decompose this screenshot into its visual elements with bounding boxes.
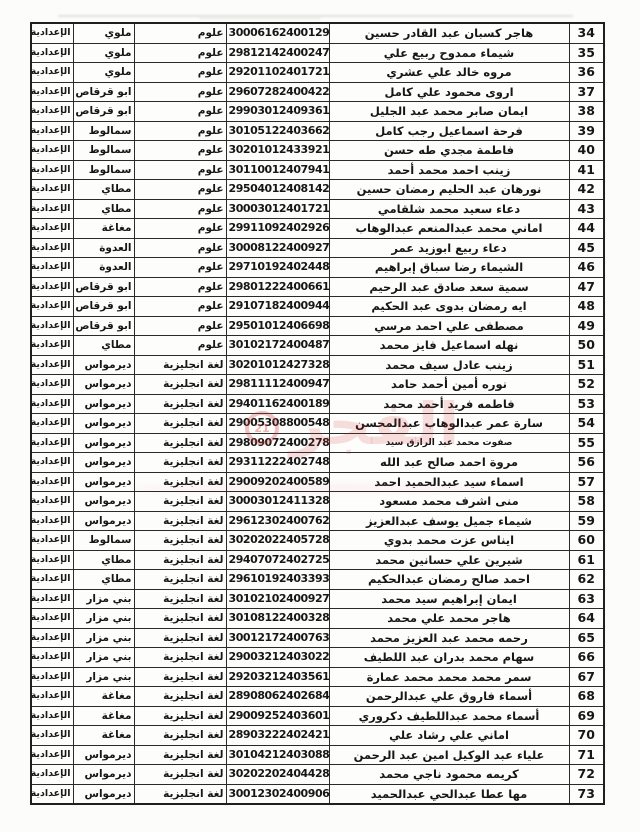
cell-student-name: مها عطا عبدالحي عبدالحميد <box>329 784 569 804</box>
cell-subject: علوم <box>134 63 226 83</box>
table-row: 41 زينب احمد محمد أحمد 30110012407941 عل… <box>31 160 604 180</box>
cell-student-name: زينب عادل سيف محمد <box>329 355 569 375</box>
cell-national-id: 29501012406698 <box>226 316 329 336</box>
cell-national-id: 29612302400762 <box>226 511 329 531</box>
cell-stage: الإعدادية <box>31 160 73 180</box>
cell-student-name: ايناس عزت محمد بدوي <box>329 531 569 551</box>
cell-row-number: 58 <box>569 492 604 512</box>
cell-student-name: ايمان إبراهيم سيد محمد <box>329 589 569 609</box>
cell-national-id: 30201012427328 <box>226 355 329 375</box>
cell-national-id: 30105122403662 <box>226 121 329 141</box>
cell-national-id: 29610192403393 <box>226 570 329 590</box>
cell-district: مطاي <box>73 570 134 590</box>
table-row: 51 زينب عادل سيف محمد 30201012427328 لغة… <box>31 355 604 375</box>
cell-national-id: 30008122400927 <box>226 238 329 258</box>
cell-student-name: مروة احمد صالح عبد الله <box>329 453 569 473</box>
cell-subject: لغة انجليزية <box>134 745 226 765</box>
scan-artifact-smudge <box>200 17 320 19</box>
cell-national-id: 29710192402448 <box>226 258 329 278</box>
cell-district: ديرمواس <box>73 765 134 785</box>
table-row: 40 فاطمة مجدي طه حسن 30201012433921 علوم… <box>31 141 604 161</box>
cell-student-name: علياء عبد الوكيل امين عبد الرحمن <box>329 745 569 765</box>
cell-district: بني مزار <box>73 609 134 629</box>
cell-row-number: 51 <box>569 355 604 375</box>
cell-stage: الإعدادية <box>31 121 73 141</box>
cell-row-number: 62 <box>569 570 604 590</box>
cell-national-id: 29003212403022 <box>226 648 329 668</box>
cell-stage: الإعدادية <box>31 355 73 375</box>
cell-subject: لغة انجليزية <box>134 453 226 473</box>
cell-stage: الإعدادية <box>31 414 73 434</box>
cell-district: ديرمواس <box>73 492 134 512</box>
cell-row-number: 36 <box>569 63 604 83</box>
cell-district: بني مزار <box>73 589 134 609</box>
cell-national-id: 29107182400944 <box>226 297 329 317</box>
cell-student-name: نوره أمين أحمد حامد <box>329 375 569 395</box>
cell-national-id: 29311222402748 <box>226 453 329 473</box>
cell-student-name: كريمه محمود ناجي محمد <box>329 765 569 785</box>
cell-row-number: 44 <box>569 219 604 239</box>
cell-national-id: 30102172400487 <box>226 336 329 356</box>
cell-district: العدوة <box>73 258 134 278</box>
table-row: 42 نورهان عبد الحليم رمضان حسين 29504012… <box>31 180 604 200</box>
cell-row-number: 64 <box>569 609 604 629</box>
table-row: 64 هاجر محمد علي محمد 30108122400328 لغة… <box>31 609 604 629</box>
cell-district: مغاغة <box>73 706 134 726</box>
cell-national-id: 30110012407941 <box>226 160 329 180</box>
cell-district: العدوة <box>73 238 134 258</box>
cell-national-id: 29407072402725 <box>226 550 329 570</box>
cell-national-id: 29812142400247 <box>226 43 329 63</box>
cell-subject: لغة انجليزية <box>134 609 226 629</box>
table-row: 46 الشيماء رضا سباق إبراهيم 297101924024… <box>31 258 604 278</box>
cell-district: ملوي <box>73 43 134 63</box>
cell-student-name: شيماء جميل يوسف عبدالعزيز <box>329 511 569 531</box>
cell-district: بني مزار <box>73 628 134 648</box>
cell-row-number: 54 <box>569 414 604 434</box>
cell-district: ديرمواس <box>73 433 134 453</box>
table-row: 50 نهله اسماعيل فايز محمد 30102172400487… <box>31 336 604 356</box>
table-row: 47 سمية سعد صادق عبد الرحيم 298012224006… <box>31 277 604 297</box>
cell-subject: لغة انجليزية <box>134 570 226 590</box>
cell-district: مطاي <box>73 199 134 219</box>
table-row: 55 صفوت محمد عبد الرازق سيد 298090724002… <box>31 433 604 453</box>
cell-stage: الإعدادية <box>31 63 73 83</box>
cell-stage: الإعدادية <box>31 726 73 746</box>
cell-subject: علوم <box>134 23 226 43</box>
cell-row-number: 72 <box>569 765 604 785</box>
cell-student-name: مروه خالد علي عشري <box>329 63 569 83</box>
cell-national-id: 30202202404428 <box>226 765 329 785</box>
cell-subject: لغة انجليزية <box>134 433 226 453</box>
cell-stage: الإعدادية <box>31 648 73 668</box>
cell-national-id: 29903012409361 <box>226 102 329 122</box>
cell-national-id: 29401162400189 <box>226 394 329 414</box>
cell-subject: علوم <box>134 199 226 219</box>
cell-stage: الإعدادية <box>31 199 73 219</box>
cell-national-id: 29203212403561 <box>226 667 329 687</box>
cell-student-name: سمر محمد محمد محمد عمارة <box>329 667 569 687</box>
table-row: 36 مروه خالد علي عشري 29201102401721 علو… <box>31 63 604 83</box>
cell-stage: الإعدادية <box>31 511 73 531</box>
table-row: 63 ايمان إبراهيم سيد محمد 30102102400927… <box>31 589 604 609</box>
cell-student-name: فاطمة مجدي طه حسن <box>329 141 569 161</box>
cell-subject: علوم <box>134 238 226 258</box>
table-row: 72 كريمه محمود ناجي محمد 30202202404428 … <box>31 765 604 785</box>
cell-district: مطاي <box>73 180 134 200</box>
cell-student-name: سارة عمر عبدالوهاب عبدالمحسن <box>329 414 569 434</box>
cell-subject: لغة انجليزية <box>134 394 226 414</box>
cell-district: ديرمواس <box>73 472 134 492</box>
cell-student-name: هاجر كسبان عبد القادر حسين <box>329 23 569 43</box>
cell-subject: علوم <box>134 141 226 161</box>
cell-student-name: شيماء ممدوح ربيع علي <box>329 43 569 63</box>
table-row: 53 فاطمه فريد أحمد محمد 29401162400189 ل… <box>31 394 604 414</box>
cell-stage: الإعدادية <box>31 375 73 395</box>
cell-national-id: 29911092402926 <box>226 219 329 239</box>
cell-stage: الإعدادية <box>31 628 73 648</box>
cell-row-number: 65 <box>569 628 604 648</box>
cell-stage: الإعدادية <box>31 453 73 473</box>
cell-subject: لغة انجليزية <box>134 628 226 648</box>
cell-student-name: ايه رمضان بدوى عبد الحكيم <box>329 297 569 317</box>
cell-stage: الإعدادية <box>31 687 73 707</box>
cell-national-id: 29005308800548 <box>226 414 329 434</box>
table-row: 45 دعاء ربيع ابوزيد عمر 30008122400927 ع… <box>31 238 604 258</box>
cell-stage: الإعدادية <box>31 277 73 297</box>
cell-national-id: 30006162400129 <box>226 23 329 43</box>
cell-student-name: الشيماء رضا سباق إبراهيم <box>329 258 569 278</box>
cell-subject: لغة انجليزية <box>134 531 226 551</box>
cell-subject: علوم <box>134 297 226 317</box>
cell-student-name: اروى محمود علي كامل <box>329 82 569 102</box>
cell-stage: الإعدادية <box>31 667 73 687</box>
cell-student-name: رحمه محمد عبد العزيز محمد <box>329 628 569 648</box>
cell-district: مغاغة <box>73 726 134 746</box>
cell-subject: علوم <box>134 258 226 278</box>
cell-subject: لغة انجليزية <box>134 706 226 726</box>
cell-stage: الإعدادية <box>31 258 73 278</box>
cell-national-id: 29009252403601 <box>226 706 329 726</box>
cell-row-number: 43 <box>569 199 604 219</box>
cell-national-id: 30108122400328 <box>226 609 329 629</box>
table-row: 48 ايه رمضان بدوى عبد الحكيم 29107182400… <box>31 297 604 317</box>
cell-stage: الإعدادية <box>31 570 73 590</box>
cell-subject: علوم <box>134 316 226 336</box>
cell-subject: علوم <box>134 82 226 102</box>
cell-subject: لغة انجليزية <box>134 355 226 375</box>
cell-subject: علوم <box>134 180 226 200</box>
cell-student-name: مصطفى علي احمد مرسي <box>329 316 569 336</box>
cell-subject: علوم <box>134 277 226 297</box>
cell-row-number: 68 <box>569 687 604 707</box>
cell-district: ملوي <box>73 63 134 83</box>
cell-subject: علوم <box>134 43 226 63</box>
cell-district: ديرمواس <box>73 414 134 434</box>
table-row: 69 أسماء محمد عبداللطيف دكروري 290092524… <box>31 706 604 726</box>
cell-stage: الإعدادية <box>31 394 73 414</box>
cell-national-id: 28903222402421 <box>226 726 329 746</box>
cell-district: ديرمواس <box>73 355 134 375</box>
cell-subject: لغة انجليزية <box>134 667 226 687</box>
table-row: 56 مروة احمد صالح عبد الله 2931122240274… <box>31 453 604 473</box>
cell-row-number: 55 <box>569 433 604 453</box>
cell-row-number: 50 <box>569 336 604 356</box>
table-row: 59 شيماء جميل يوسف عبدالعزيز 29612302400… <box>31 511 604 531</box>
cell-subject: علوم <box>134 219 226 239</box>
table-row: 62 احمد صالح رمضان عبدالحكيم 29610192403… <box>31 570 604 590</box>
cell-subject: لغة انجليزية <box>134 511 226 531</box>
cell-stage: الإعدادية <box>31 784 73 804</box>
table-row: 37 اروى محمود علي كامل 29607282400422 عل… <box>31 82 604 102</box>
cell-national-id: 28908062402684 <box>226 687 329 707</box>
cell-district: مطاي <box>73 550 134 570</box>
cell-stage: الإعدادية <box>31 180 73 200</box>
cell-national-id: 30012172400763 <box>226 628 329 648</box>
table-row: 38 ايمان صابر محمد عبد الجليل 2990301240… <box>31 102 604 122</box>
cell-district: ديرمواس <box>73 375 134 395</box>
cell-stage: الإعدادية <box>31 492 73 512</box>
cell-subject: لغة انجليزية <box>134 648 226 668</box>
cell-student-name: نورهان عبد الحليم رمضان حسين <box>329 180 569 200</box>
cell-student-name: فرحة اسماعيل رجب كامل <box>329 121 569 141</box>
cell-subject: لغة انجليزية <box>134 414 226 434</box>
cell-stage: الإعدادية <box>31 238 73 258</box>
cell-student-name: أسماء محمد عبداللطيف دكروري <box>329 706 569 726</box>
table-row: 35 شيماء ممدوح ربيع علي 29812142400247 ع… <box>31 43 604 63</box>
table-row: 61 شيرين علي حسانين محمد 29407072402725 … <box>31 550 604 570</box>
cell-row-number: 52 <box>569 375 604 395</box>
cell-row-number: 47 <box>569 277 604 297</box>
cell-row-number: 39 <box>569 121 604 141</box>
cell-student-name: ايمان صابر محمد عبد الجليل <box>329 102 569 122</box>
cell-row-number: 66 <box>569 648 604 668</box>
cell-district: مطاي <box>73 336 134 356</box>
cell-national-id: 29801222400661 <box>226 277 329 297</box>
cell-stage: الإعدادية <box>31 141 73 161</box>
cell-row-number: 42 <box>569 180 604 200</box>
cell-student-name: دعاء ربيع ابوزيد عمر <box>329 238 569 258</box>
cell-district: ديرمواس <box>73 511 134 531</box>
cell-subject: لغة انجليزية <box>134 492 226 512</box>
cell-national-id: 29607282400422 <box>226 82 329 102</box>
cell-row-number: 59 <box>569 511 604 531</box>
table-row: 65 رحمه محمد عبد العزيز محمد 30012172400… <box>31 628 604 648</box>
table-row: 39 فرحة اسماعيل رجب كامل 30105122403662 … <box>31 121 604 141</box>
cell-district: مغاغة <box>73 219 134 239</box>
cell-stage: الإعدادية <box>31 43 73 63</box>
students-roster-table: 34 هاجر كسبان عبد القادر حسين 3000616240… <box>30 22 605 805</box>
cell-subject: لغة انجليزية <box>134 375 226 395</box>
cell-district: ملوي <box>73 23 134 43</box>
cell-district: ابو قرقاص <box>73 277 134 297</box>
cell-row-number: 41 <box>569 160 604 180</box>
cell-district: بني مزار <box>73 667 134 687</box>
cell-row-number: 61 <box>569 550 604 570</box>
cell-district: ديرمواس <box>73 745 134 765</box>
cell-row-number: 45 <box>569 238 604 258</box>
cell-row-number: 71 <box>569 745 604 765</box>
cell-stage: الإعدادية <box>31 609 73 629</box>
table-row: 71 علياء عبد الوكيل امين عبد الرحمن 3010… <box>31 745 604 765</box>
table-row: 73 مها عطا عبدالحي عبدالحميد 30012302400… <box>31 784 604 804</box>
cell-district: ابو قرقاص <box>73 82 134 102</box>
cell-national-id: 30104212403088 <box>226 745 329 765</box>
cell-student-name: اماني محمد عبدالمنعم عبدالوهاب <box>329 219 569 239</box>
table-row: 60 ايناس عزت محمد بدوي 30202022405728 لغ… <box>31 531 604 551</box>
cell-row-number: 53 <box>569 394 604 414</box>
cell-district: سمالوط <box>73 531 134 551</box>
cell-row-number: 49 <box>569 316 604 336</box>
table-row: 49 مصطفى علي احمد مرسي 29501012406698 عل… <box>31 316 604 336</box>
cell-stage: الإعدادية <box>31 219 73 239</box>
cell-row-number: 40 <box>569 141 604 161</box>
cell-student-name: احمد صالح رمضان عبدالحكيم <box>329 570 569 590</box>
cell-national-id: 29201102401721 <box>226 63 329 83</box>
cell-subject: لغة انجليزية <box>134 784 226 804</box>
cell-district: ديرمواس <box>73 453 134 473</box>
cell-row-number: 67 <box>569 667 604 687</box>
cell-district: مغاغة <box>73 687 134 707</box>
cell-subject: علوم <box>134 160 226 180</box>
cell-row-number: 56 <box>569 453 604 473</box>
cell-district: ديرمواس <box>73 394 134 414</box>
cell-stage: الإعدادية <box>31 297 73 317</box>
cell-student-name: سمية سعد صادق عبد الرحيم <box>329 277 569 297</box>
cell-row-number: 34 <box>569 23 604 43</box>
students-roster-body: 34 هاجر كسبان عبد القادر حسين 3000616240… <box>31 23 604 804</box>
cell-subject: علوم <box>134 121 226 141</box>
cell-subject: لغة انجليزية <box>134 726 226 746</box>
cell-student-name: اسماء سيد عبدالحميد احمد <box>329 472 569 492</box>
table-row: 43 دعاء سعيد محمد شلقامي 30003012401721 … <box>31 199 604 219</box>
cell-national-id: 30012302400906 <box>226 784 329 804</box>
cell-row-number: 38 <box>569 102 604 122</box>
cell-stage: الإعدادية <box>31 745 73 765</box>
cell-national-id: 30003012401721 <box>226 199 329 219</box>
table-row: 52 نوره أمين أحمد حامد 29811112400947 لغ… <box>31 375 604 395</box>
cell-district: ابو قرقاص <box>73 102 134 122</box>
cell-national-id: 29009202400589 <box>226 472 329 492</box>
cell-subject: لغة انجليزية <box>134 687 226 707</box>
cell-student-name: منى اشرف محمد مسعود <box>329 492 569 512</box>
table-row: 67 سمر محمد محمد محمد عمارة 292032124035… <box>31 667 604 687</box>
cell-row-number: 63 <box>569 589 604 609</box>
cell-stage: الإعدادية <box>31 550 73 570</box>
cell-district: ابو قرقاص <box>73 316 134 336</box>
cell-row-number: 46 <box>569 258 604 278</box>
cell-row-number: 69 <box>569 706 604 726</box>
cell-student-name: زينب احمد محمد أحمد <box>329 160 569 180</box>
cell-stage: الإعدادية <box>31 706 73 726</box>
cell-row-number: 73 <box>569 784 604 804</box>
cell-student-name: نهله اسماعيل فايز محمد <box>329 336 569 356</box>
cell-student-name: سهام محمد بدران عبد اللطيف <box>329 648 569 668</box>
cell-stage: الإعدادية <box>31 102 73 122</box>
cell-national-id: 29809072400278 <box>226 433 329 453</box>
cell-stage: الإعدادية <box>31 23 73 43</box>
table-row: 44 اماني محمد عبدالمنعم عبدالوهاب 299110… <box>31 219 604 239</box>
cell-stage: الإعدادية <box>31 336 73 356</box>
cell-subject: لغة انجليزية <box>134 589 226 609</box>
cell-stage: الإعدادية <box>31 82 73 102</box>
cell-district: سمالوط <box>73 160 134 180</box>
table-row: 66 سهام محمد بدران عبد اللطيف 2900321240… <box>31 648 604 668</box>
cell-stage: الإعدادية <box>31 472 73 492</box>
cell-student-name: فاطمه فريد أحمد محمد <box>329 394 569 414</box>
scanned-document-page: 34 هاجر كسبان عبد القادر حسين 3000616240… <box>0 0 640 832</box>
table-row: 70 اماني علي رشاد علي 28903222402421 لغة… <box>31 726 604 746</box>
cell-subject: علوم <box>134 102 226 122</box>
table-row: 54 سارة عمر عبدالوهاب عبدالمحسن 29005308… <box>31 414 604 434</box>
cell-national-id: 29504012408142 <box>226 180 329 200</box>
cell-district: سمالوط <box>73 141 134 161</box>
cell-student-name: صفوت محمد عبد الرازق سيد <box>329 433 569 453</box>
cell-row-number: 35 <box>569 43 604 63</box>
table-row: 58 منى اشرف محمد مسعود 30003012411328 لغ… <box>31 492 604 512</box>
cell-subject: علوم <box>134 336 226 356</box>
cell-subject: لغة انجليزية <box>134 472 226 492</box>
cell-stage: الإعدادية <box>31 433 73 453</box>
cell-national-id: 30202022405728 <box>226 531 329 551</box>
cell-district: سمالوط <box>73 121 134 141</box>
cell-row-number: 57 <box>569 472 604 492</box>
cell-student-name: دعاء سعيد محمد شلقامي <box>329 199 569 219</box>
cell-district: بني مزار <box>73 648 134 668</box>
cell-student-name: أسماء فاروق علي عبدالرحمن <box>329 687 569 707</box>
cell-stage: الإعدادية <box>31 589 73 609</box>
cell-stage: الإعدادية <box>31 316 73 336</box>
cell-stage: الإعدادية <box>31 531 73 551</box>
cell-national-id: 30102102400927 <box>226 589 329 609</box>
table-row: 68 أسماء فاروق علي عبدالرحمن 28908062402… <box>31 687 604 707</box>
cell-row-number: 70 <box>569 726 604 746</box>
cell-stage: الإعدادية <box>31 765 73 785</box>
cell-row-number: 48 <box>569 297 604 317</box>
cell-national-id: 29811112400947 <box>226 375 329 395</box>
cell-student-name: هاجر محمد علي محمد <box>329 609 569 629</box>
cell-district: ابو قرقاص <box>73 297 134 317</box>
cell-district: ديرمواس <box>73 784 134 804</box>
cell-subject: لغة انجليزية <box>134 550 226 570</box>
cell-student-name: اماني علي رشاد علي <box>329 726 569 746</box>
table-row: 57 اسماء سيد عبدالحميد احمد 290092024005… <box>31 472 604 492</box>
cell-student-name: شيرين علي حسانين محمد <box>329 550 569 570</box>
table-row: 34 هاجر كسبان عبد القادر حسين 3000616240… <box>31 23 604 43</box>
cell-row-number: 37 <box>569 82 604 102</box>
cell-row-number: 60 <box>569 531 604 551</box>
cell-subject: لغة انجليزية <box>134 765 226 785</box>
cell-national-id: 30003012411328 <box>226 492 329 512</box>
cell-national-id: 30201012433921 <box>226 141 329 161</box>
